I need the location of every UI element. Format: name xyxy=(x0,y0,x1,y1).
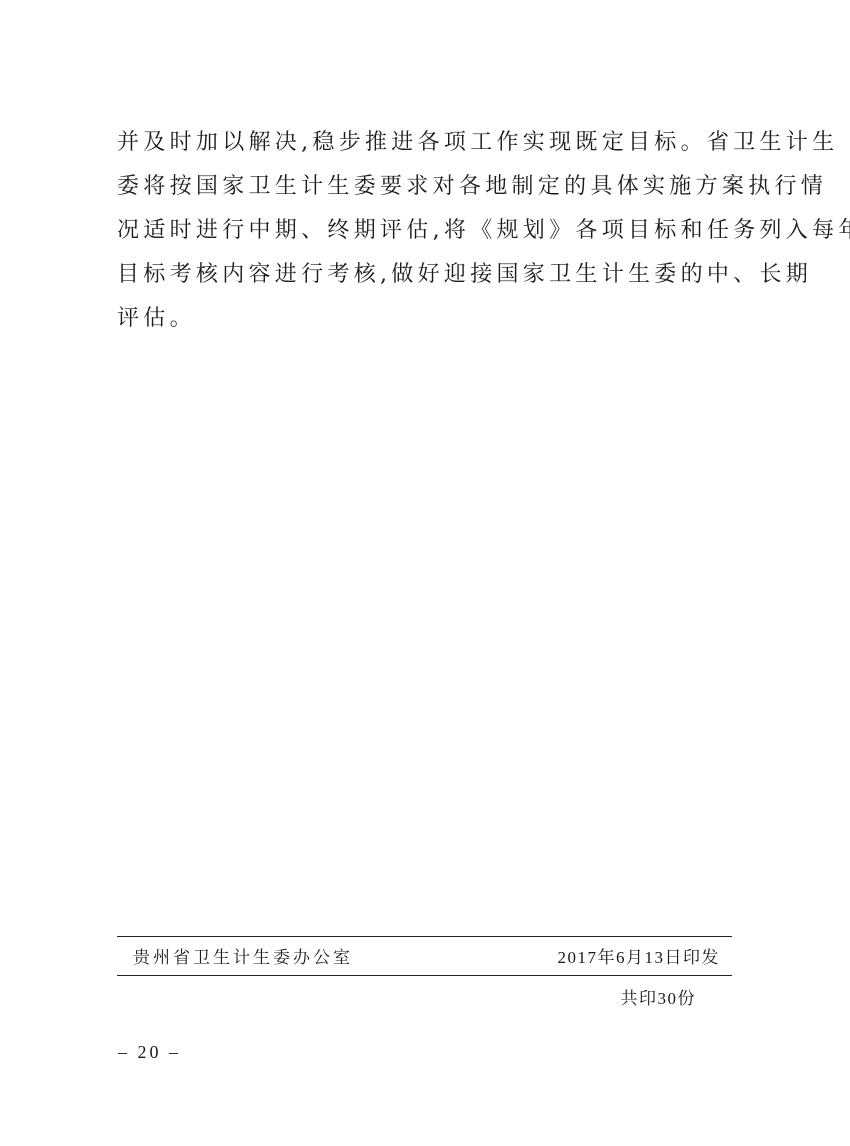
issue-date: 2017年6月13日印发 xyxy=(558,943,721,968)
issuer-name: 贵州省卫生计生委办公室 xyxy=(133,943,353,968)
page-number: – 20 – xyxy=(118,1042,181,1063)
body-paragraph: 并及时加以解决,稳步推进各项工作实现既定目标。省卫生计生 委将按国家卫生计生委要… xyxy=(117,121,737,341)
body-line: 委将按国家卫生计生委要求对各地制定的具体实施方案执行情 xyxy=(117,165,737,209)
body-line: 评估。 xyxy=(117,297,737,341)
copies-count: 共印30份 xyxy=(621,984,697,1009)
footer-top-rule xyxy=(117,936,732,937)
body-line: 况适时进行中期、终期评估,将《规划》各项目标和任务列入每年 xyxy=(117,209,737,253)
body-line: 并及时加以解决,稳步推进各项工作实现既定目标。省卫生计生 xyxy=(117,121,737,165)
footer-bottom-rule xyxy=(117,975,732,976)
body-line: 目标考核内容进行考核,做好迎接国家卫生计生委的中、长期 xyxy=(117,253,737,297)
